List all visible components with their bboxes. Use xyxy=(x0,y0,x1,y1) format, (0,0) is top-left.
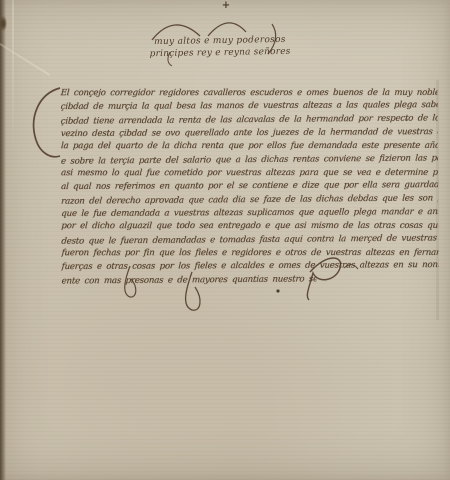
left-edge-shadow xyxy=(0,0,6,480)
manuscript-body: El conçejo corregidor regidores cavaller… xyxy=(60,86,438,288)
manuscript-line: la paga del quarto de la dicha renta que… xyxy=(60,140,438,154)
manuscript-page: + muy altos e muy poderosos prinçipes re… xyxy=(0,0,450,480)
crease-diagonal xyxy=(0,42,50,75)
crease-left xyxy=(12,0,14,150)
cross-mark: + xyxy=(218,0,234,11)
address-heading: muy altos e muy poderosos prinçipes rey … xyxy=(130,34,310,59)
ink-speck xyxy=(276,289,280,293)
manuscript-line: ente con mas presonas e de mayores quant… xyxy=(61,273,317,289)
manuscript-line: fuerças e otras cosas por los fieles e a… xyxy=(61,259,439,274)
heading-line-2: prinçipes rey e reyna señores xyxy=(130,46,310,59)
heading-line-1: muy altos e muy poderosos xyxy=(130,34,310,47)
header-flourish-right xyxy=(208,23,246,36)
paraph-flourish xyxy=(34,88,60,157)
